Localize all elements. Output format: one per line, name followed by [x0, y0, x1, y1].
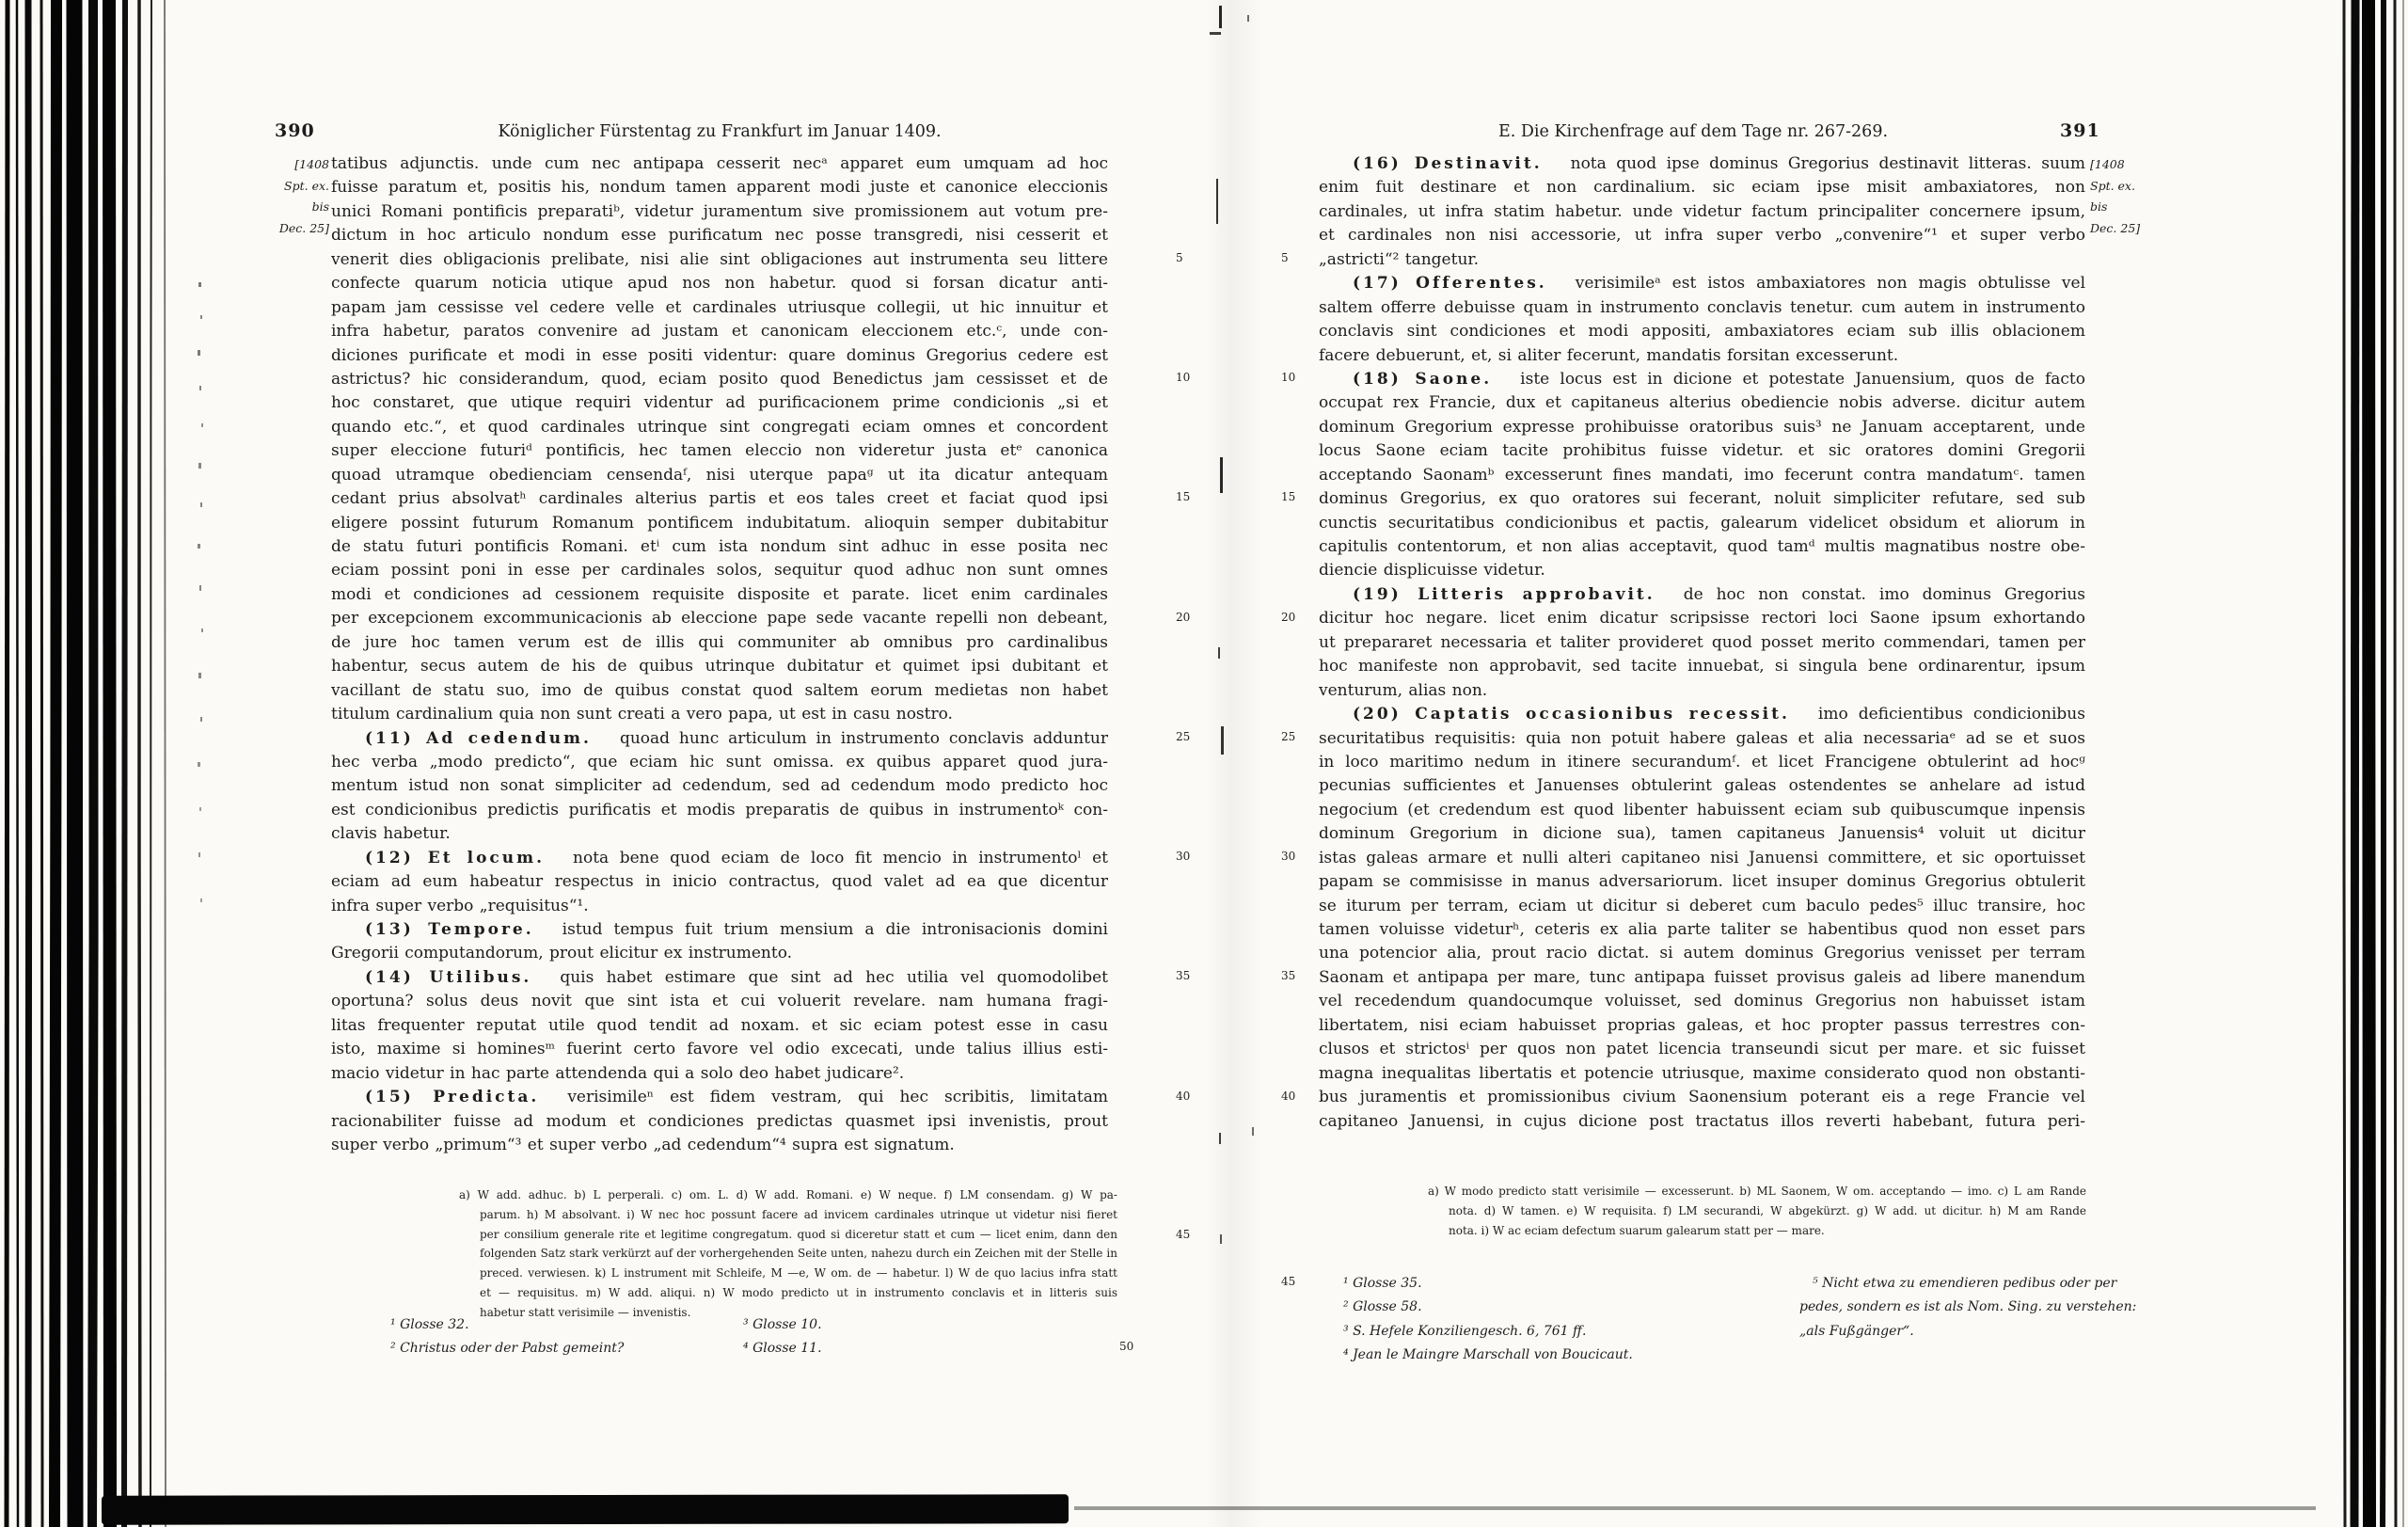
text-line: titulum cardinalium quia non sunt creati…: [331, 703, 1108, 726]
line-number: 10: [1281, 371, 1295, 384]
text-line: racionabiliter fuisse ad modum et condic…: [331, 1110, 1108, 1134]
paragraph-heading: (17) Offerentes.: [1353, 274, 1547, 293]
text-line: (14) Utilibus.quis habet estimare que si…: [331, 966, 1108, 990]
ink-speck: [200, 502, 202, 507]
ink-speck: [1220, 1234, 1222, 1244]
text-line: eciam ad eum habeatur respectus in inici…: [331, 870, 1108, 894]
line-text: Saonam et antipapa per mare, tunc antipa…: [1319, 968, 2085, 987]
line-text: verisimileᵃ est istos ambaxiatores non m…: [1576, 274, 2085, 293]
gloss-column: ⁵ Nicht etwa zu emendieren pedibus oder …: [1799, 1272, 2136, 1344]
text-line: magna inequalitas libertatis et potencie…: [1319, 1062, 2085, 1086]
text-line: saltem offerre debuisse quam in instrume…: [1319, 296, 2085, 320]
ink-speck: [200, 717, 202, 722]
line-text: acceptando Saonamᵇ excesserunt fines man…: [1319, 466, 2085, 485]
paragraph-heading: (16) Destinavit.: [1353, 154, 1543, 173]
text-line: dominum Gregorium in dicione sua), tamen…: [1319, 822, 2085, 846]
gloss-line: ⁵ Nicht etwa zu emendieren pedibus oder …: [1799, 1272, 2136, 1296]
text-line: de jure hoc tamen verum est de illis qui…: [331, 631, 1108, 655]
text-line: conclavis sint condiciones et modi appos…: [1319, 320, 2085, 343]
margin-note-line: Dec. 25]: [277, 218, 329, 240]
text-line: locus Saone eciam tacite prohibitus fuis…: [1319, 439, 2085, 463]
line-text: hec verba „modo predicto“, que eciam hic…: [331, 753, 1108, 771]
line-text: isto, maxime si hominesᵐ fuerint certo f…: [331, 1040, 1108, 1058]
text-line: Gregorii computandorum, prout elicitur e…: [331, 942, 1108, 965]
line-number: 40: [1176, 1090, 1190, 1103]
line-text: dominum Gregorium expresse prohibuisse o…: [1319, 418, 2085, 437]
line-number: 15: [1176, 490, 1190, 503]
margin-note-line: [1408: [277, 154, 329, 176]
line-text: bus juramentis et promissionibus civium …: [1319, 1088, 2085, 1106]
text-line: tamen voluisse videturʰ, ceteris ex alia…: [1319, 918, 2085, 942]
line-text: hoc manifeste non approbavit, sed tacite…: [1319, 657, 2085, 676]
ink-speck: [1218, 647, 1220, 659]
line-text: tamen voluisse videturʰ, ceteris ex alia…: [1319, 920, 2085, 939]
text-line: (13) Tempore.istud tempus fuit trium men…: [331, 918, 1108, 942]
line-number: 30: [1281, 850, 1295, 863]
line-text: vacillant de statu suo, imo de quibus co…: [331, 681, 1108, 700]
line-text: eciam ad eum habeatur respectus in inici…: [331, 872, 1108, 891]
text-line: quando etc.“, et quod cardinales utrinqu…: [331, 416, 1108, 439]
text-line: tatibus adjunctis. unde cum nec antipapa…: [331, 152, 1108, 176]
line-text: quis habet estimare que sint ad hec util…: [560, 968, 1108, 987]
footnote-line: parum. h) M absolvant. i) W nec hoc poss…: [459, 1205, 1117, 1225]
line-number: 20: [1176, 611, 1190, 624]
footnote-line: nota. d) W tamen. e) W requisita. f) LM …: [1428, 1201, 2086, 1221]
line-text: titulum cardinalium quia non sunt creati…: [331, 705, 953, 724]
text-line: enim fuit destinare et non cardinalium. …: [1319, 176, 2085, 199]
text-line: istas galeas armare et nulli alteri capi…: [1319, 847, 2085, 870]
text-line: papam jam cessisse vel cedere velle et c…: [331, 296, 1108, 320]
gloss-line: ³ Glosse 10.: [743, 1313, 822, 1337]
ink-speck: [198, 350, 200, 356]
footnote-line: a) W add. adhuc. b) L perperali. c) om. …: [459, 1185, 1117, 1205]
gloss-line: ² Glosse 58.: [1343, 1296, 1633, 1319]
paragraph-heading: (18) Saone.: [1353, 370, 1492, 389]
line-text: Gregorii computandorum, prout elicitur e…: [331, 944, 792, 962]
page-number-left: 390: [275, 120, 315, 141]
footnote-line: nota. i) W ac eciam defectum suarum gale…: [1428, 1221, 2086, 1241]
line-text: diciones purificate et modi in esse posi…: [331, 346, 1108, 365]
scan-gutter-shadow: [1206, 0, 1262, 1527]
line-text: libertatem, nisi eciam habuisset propria…: [1319, 1016, 2085, 1035]
paragraph-heading: (15) Predicta.: [365, 1088, 539, 1106]
text-line: confecte quarum noticia utique apud nos …: [331, 272, 1108, 295]
gloss-line: ¹ Glosse 32.: [390, 1313, 624, 1337]
scan-left-edge-artifact: [0, 0, 188, 1527]
line-number: 5: [1176, 251, 1183, 264]
text-line: est condicionibus predictis purificatis …: [331, 799, 1108, 822]
text-line: astrictus? hic considerandum, quod, ecia…: [331, 368, 1108, 391]
gloss-column: ¹ Glosse 35.² Glosse 58.³ S. Hefele Konz…: [1343, 1272, 1633, 1367]
line-text: capitaneo Januensi, in cujus dicione pos…: [1319, 1112, 2085, 1131]
text-line: (11) Ad cedendum.quoad hunc articulum in…: [331, 727, 1108, 751]
text-line: clavis habetur.: [331, 822, 1108, 846]
line-text: cedant prius absolvatʰ cardinales alteri…: [331, 489, 1108, 508]
text-line: modi et condiciones ad cessionem requisi…: [331, 583, 1108, 607]
footnotes-right: a) W modo predicto statt verisimile — ex…: [1428, 1182, 2086, 1240]
paragraph-heading: (19) Litteris approbavit.: [1353, 585, 1655, 604]
gloss-line: pedes, sondern es ist als Nom. Sing. zu …: [1799, 1296, 2136, 1319]
ink-speck: [201, 628, 203, 632]
line-number: 45: [1176, 1228, 1190, 1241]
paragraph-heading: (11) Ad cedendum.: [365, 729, 592, 748]
text-line: negocium (et credendum est quod libenter…: [1319, 799, 2085, 822]
text-line: in loco maritimo nedum in itinere secura…: [1319, 751, 2085, 774]
text-line: securitatibus requisitis: quia non potui…: [1319, 727, 2085, 751]
margin-note-line: Spt. ex.: [277, 176, 329, 198]
ink-speck: [201, 423, 203, 427]
line-text: quoad hunc articulum in instrumento conc…: [620, 729, 1108, 748]
text-line: super verbo „primum“³ et super verbo „ad…: [331, 1134, 1108, 1157]
line-text: unici Romani pontificis preparatiᵇ, vide…: [331, 202, 1108, 221]
text-line: litas frequenter reputat utile quod tend…: [331, 1014, 1108, 1038]
line-number: 30: [1176, 850, 1190, 863]
ink-speck: [1210, 32, 1221, 35]
line-text: habentur, secus autem de his de quibus u…: [331, 657, 1108, 676]
line-text: iste locus est in dicione et potestate J…: [1520, 370, 2085, 389]
line-text: hoc constaret, que utique requiri vident…: [331, 393, 1108, 412]
margin-note-line: Spt. ex.: [2090, 176, 2150, 198]
running-header-right: E. Die Kirchenfrage auf dem Tage nr. 267…: [1411, 122, 1975, 141]
text-line: oportuna? solus deus novit que sint ista…: [331, 990, 1108, 1013]
line-number: 40: [1281, 1090, 1295, 1103]
text-line: (18) Saone.iste locus est in dicione et …: [1319, 368, 2085, 391]
line-text: papam jam cessisse vel cedere velle et c…: [331, 298, 1108, 317]
text-line: diciones purificate et modi in esse posi…: [331, 344, 1108, 368]
line-text: mentum istud non sonat simpliciter ad ce…: [331, 776, 1108, 795]
line-text: infra super verbo „requisitus“¹.: [331, 897, 589, 915]
text-line: Saonam et antipapa per mare, tunc antipa…: [1319, 966, 2085, 990]
line-text: conclavis sint condiciones et modi appos…: [1319, 322, 2085, 341]
line-text: super eleccione futuriᵈ pontificis, hec …: [331, 441, 1108, 460]
margin-note-line: Dec. 25]: [2090, 218, 2150, 240]
margin-note-left: [1408Spt. ex.bisDec. 25]: [277, 154, 329, 239]
text-line: et cardinales non nisi accessorie, ut in…: [1319, 224, 2085, 247]
ink-speck: [1219, 6, 1222, 28]
line-number: 10: [1176, 371, 1190, 384]
line-number: 45: [1281, 1275, 1295, 1288]
paragraph-heading: (12) Et locum.: [365, 849, 545, 867]
paragraph-heading: (14) Utilibus.: [365, 968, 531, 987]
text-line: unici Romani pontificis preparatiᵇ, vide…: [331, 200, 1108, 224]
ink-speck: [198, 544, 200, 549]
line-text: cunctis securitatibus condicionibus et p…: [1319, 514, 2085, 533]
line-text: occupat rex Francie, dux et capitaneus a…: [1319, 393, 2085, 412]
line-text: negocium (et credendum est quod libenter…: [1319, 801, 2085, 819]
running-header-left: Königlicher Fürstentag zu Frankfurt im J…: [331, 122, 1108, 141]
text-line: quoad utramque obedienciam censendaᶠ, ni…: [331, 464, 1108, 487]
book-scan-spread: 390 Königlicher Fürstentag zu Frankfurt …: [0, 0, 2408, 1527]
text-line: cunctis securitatibus condicionibus et p…: [1319, 512, 2085, 535]
ink-speck: [200, 315, 202, 319]
text-line: de statu futuri pontificis Romani. etⁱ c…: [331, 535, 1108, 559]
ink-speck: [198, 852, 200, 857]
text-line: vel recedendum quandocumque voluisset, s…: [1319, 990, 2085, 1013]
line-number: 5: [1281, 251, 1289, 264]
text-line: cardinales, ut infra statim habetur. und…: [1319, 200, 2085, 224]
line-text: per excepcionem excommunicacionis ab ele…: [331, 609, 1108, 628]
text-line: venerit dies obligacionis prelibate, nis…: [331, 248, 1108, 272]
scan-right-edge-artifact: [2333, 0, 2408, 1527]
footnote-line: folgenden Satz stark verkürzt auf der vo…: [459, 1244, 1117, 1264]
line-number: 35: [1176, 969, 1190, 982]
text-line: facere debuerunt, et, si aliter fecerunt…: [1319, 344, 2085, 368]
footnote-line: preced. verwiesen. k) L instrument mit S…: [459, 1264, 1117, 1283]
line-text: eciam possint poni in esse per cardinale…: [331, 561, 1108, 580]
line-text: confecte quarum noticia utique apud nos …: [331, 274, 1108, 293]
text-line: hoc manifeste non approbavit, sed tacite…: [1319, 655, 2085, 678]
text-line: eciam possint poni in esse per cardinale…: [331, 559, 1108, 582]
line-text: enim fuit destinare et non cardinalium. …: [1319, 178, 2085, 197]
text-line: capitaneo Januensi, in cujus dicione pos…: [1319, 1110, 2085, 1134]
line-text: „astricti“² tangetur.: [1319, 250, 1479, 269]
text-line: ut prepararet necessaria et taliter prov…: [1319, 631, 2085, 655]
text-line: capitulis contentorum, et non alias acce…: [1319, 535, 2085, 559]
ink-speck: [199, 807, 201, 811]
line-text: modi et condiciones ad cessionem requisi…: [331, 585, 1108, 604]
ink-speck: [1221, 726, 1224, 755]
margin-note-line: bis: [277, 197, 329, 218]
text-line: macio videtur in hac parte attendenda qu…: [331, 1062, 1108, 1086]
gloss-column: ³ Glosse 10.⁴ Glosse 11.: [743, 1313, 822, 1361]
line-text: quando etc.“, et quod cardinales utrinqu…: [331, 418, 1108, 437]
line-text: est condicionibus predictis purificatis …: [331, 801, 1108, 819]
ink-speck: [200, 899, 202, 902]
line-number: 20: [1281, 611, 1295, 624]
gloss-line: ² Christus oder der Pabst gemeint?: [390, 1337, 624, 1360]
text-line: isto, maxime si hominesᵐ fuerint certo f…: [331, 1038, 1108, 1061]
text-line: super eleccione futuriᵈ pontificis, hec …: [331, 439, 1108, 463]
ink-speck: [199, 386, 201, 390]
text-line: dicitur hoc negare. licet enim dicatur s…: [1319, 607, 2085, 630]
line-text: macio videtur in hac parte attendenda qu…: [331, 1064, 904, 1083]
line-number: 25: [1281, 730, 1295, 743]
line-text: capitulis contentorum, et non alias acce…: [1319, 537, 2085, 556]
text-line: cedant prius absolvatʰ cardinales alteri…: [331, 487, 1108, 511]
text-line: eligere possint futurum Romanum pontific…: [331, 512, 1108, 535]
line-number: 25: [1176, 730, 1190, 743]
line-text: fuisse paratum et, positis his, nondum t…: [331, 178, 1108, 197]
line-text: locus Saone eciam tacite prohibitus fuis…: [1319, 441, 2085, 460]
text-line: dominum Gregorium expresse prohibuisse o…: [1319, 416, 2085, 439]
paragraph-heading: (13) Tempore.: [365, 920, 534, 939]
text-line: hec verba „modo predicto“, que eciam hic…: [331, 751, 1108, 774]
text-line: „astricti“² tangetur.: [1319, 248, 2085, 272]
text-line: pecunias sufficientes et Januenses obtul…: [1319, 774, 2085, 798]
ink-speck: [198, 282, 201, 287]
text-line: per excepcionem excommunicacionis ab ele…: [331, 607, 1108, 630]
text-line: (19) Litteris approbavit.de hoc non cons…: [1319, 583, 2085, 607]
page-body-right: (16) Destinavit.nota quod ipse dominus G…: [1319, 152, 2085, 1134]
page-number-right: 391: [2060, 120, 2100, 141]
text-line: libertatem, nisi eciam habuisset propria…: [1319, 1014, 2085, 1038]
line-number: 35: [1281, 969, 1295, 982]
line-text: de hoc non constat. imo dominus Gregoriu…: [1684, 585, 2085, 604]
line-text: dicitur hoc negare. licet enim dicatur s…: [1319, 609, 2085, 628]
line-text: quoad utramque obedienciam censendaᶠ, ni…: [331, 466, 1108, 485]
line-text: de jure hoc tamen verum est de illis qui…: [331, 633, 1108, 652]
line-text: una potencior alia, prout racio dictat. …: [1319, 944, 2085, 962]
text-line: (15) Predicta.verisimileⁿ est fidem vest…: [331, 1086, 1108, 1109]
line-number: 15: [1281, 490, 1295, 503]
line-text: istas galeas armare et nulli alteri capi…: [1319, 849, 2085, 867]
footnotes-left: a) W add. adhuc. b) L perperali. c) om. …: [459, 1185, 1117, 1323]
line-text: oportuna? solus deus novit que sint ista…: [331, 992, 1108, 1010]
line-text: in loco maritimo nedum in itinere secura…: [1319, 753, 2085, 771]
line-text: racionabiliter fuisse ad modum et condic…: [331, 1112, 1108, 1131]
gloss-line: ¹ Glosse 35.: [1343, 1272, 1633, 1296]
ink-speck: [198, 762, 200, 767]
paragraph-heading: (20) Captatis occasionibus recessit.: [1353, 705, 1790, 724]
text-line: habentur, secus autem de his de quibus u…: [331, 655, 1108, 678]
line-text: ut prepararet necessaria et taliter prov…: [1319, 633, 2085, 652]
line-text: magna inequalitas libertatis et potencie…: [1319, 1064, 2085, 1083]
line-text: litas frequenter reputat utile quod tend…: [331, 1016, 1108, 1035]
gloss-line: ⁴ Glosse 11.: [743, 1337, 822, 1360]
margin-note-line: [1408: [2090, 154, 2150, 176]
scan-bottom-bar-artifact: [102, 1494, 1069, 1524]
line-text: venturum, alias non.: [1319, 681, 1487, 700]
text-line: se iturum per terram, eciam ut dicitur s…: [1319, 895, 2085, 918]
ink-speck: [1216, 179, 1218, 224]
text-line: una potencior alia, prout racio dictat. …: [1319, 942, 2085, 965]
text-line: diencie displicuisse videtur.: [1319, 559, 2085, 582]
line-text: venerit dies obligacionis prelibate, nis…: [331, 250, 1108, 269]
ink-speck: [199, 585, 201, 591]
ink-speck: [1247, 15, 1249, 22]
page-body-left: tatibus adjunctis. unde cum nec antipapa…: [331, 152, 1108, 1157]
gloss-column: ¹ Glosse 32.² Christus oder der Pabst ge…: [390, 1313, 624, 1361]
line-text: de statu futuri pontificis Romani. etⁱ c…: [331, 537, 1108, 556]
line-text: super verbo „primum“³ et super verbo „ad…: [331, 1136, 955, 1154]
line-text: et cardinales non nisi accessorie, ut in…: [1319, 226, 2085, 245]
text-line: (16) Destinavit.nota quod ipse dominus G…: [1319, 152, 2085, 176]
line-text: eligere possint futurum Romanum pontific…: [331, 514, 1108, 533]
ink-speck: [1219, 1133, 1221, 1144]
text-line: dominus Gregorius, ex quo oratores sui f…: [1319, 487, 2085, 511]
line-text: dictum in hoc articulo nondum esse purif…: [331, 226, 1108, 245]
text-line: mentum istud non sonat simpliciter ad ce…: [331, 774, 1108, 798]
line-text: pecunias sufficientes et Januenses obtul…: [1319, 776, 2085, 795]
line-text: dominum Gregorium in dicione sua), tamen…: [1319, 824, 2085, 843]
footnote-line: a) W modo predicto statt verisimile — ex…: [1428, 1182, 2086, 1201]
margin-note-line: bis: [2090, 197, 2150, 218]
ink-speck: [1220, 457, 1223, 493]
margin-note-right: [1408Spt. ex.bisDec. 25]: [2090, 154, 2150, 239]
text-line: acceptando Saonamᵇ excesserunt fines man…: [1319, 464, 2085, 487]
ink-speck: [1252, 1127, 1254, 1136]
text-line: infra habetur, paratos convenire ad just…: [331, 320, 1108, 343]
footnote-line: per consilium generale rite et legitime …: [459, 1225, 1117, 1245]
ink-speck: [198, 673, 201, 678]
text-line: clusos et strictosⁱ per quos non patet l…: [1319, 1038, 2085, 1061]
line-text: tatibus adjunctis. unde cum nec antipapa…: [331, 154, 1108, 173]
footnote-line: et — requisitus. m) W add. aliqui. n) W …: [459, 1283, 1117, 1303]
line-text: dominus Gregorius, ex quo oratores sui f…: [1319, 489, 2085, 508]
line-text: saltem offerre debuisse quam in instrume…: [1319, 298, 2085, 317]
line-text: facere debuerunt, et, si aliter fecerunt…: [1319, 346, 1898, 365]
gloss-line: ³ S. Hefele Konziliengesch. 6, 761 ff.: [1343, 1320, 1633, 1344]
line-text: cardinales, ut infra statim habetur. und…: [1319, 202, 2085, 221]
line-text: nota bene quod eciam de loco fit mencio …: [573, 849, 1108, 867]
text-line: infra super verbo „requisitus“¹.: [331, 895, 1108, 918]
line-number: 50: [1119, 1340, 1133, 1353]
text-line: fuisse paratum et, positis his, nondum t…: [331, 176, 1108, 199]
text-line: vacillant de statu suo, imo de quibus co…: [331, 679, 1108, 703]
line-text: securitatibus requisitis: quia non potui…: [1319, 729, 2085, 748]
text-line: (17) Offerentes.verisimileᵃ est istos am…: [1319, 272, 2085, 295]
text-line: dictum in hoc articulo nondum esse purif…: [331, 224, 1108, 247]
line-text: diencie displicuisse videtur.: [1319, 561, 1545, 580]
gloss-line: „als Fußgänger“.: [1799, 1320, 2136, 1344]
text-line: hoc constaret, que utique requiri vident…: [331, 391, 1108, 415]
line-text: vel recedendum quandocumque voluisset, s…: [1319, 992, 2085, 1010]
text-line: papam se commisisse in manus adversarior…: [1319, 870, 2085, 894]
line-text: istud tempus fuit trium mensium a die in…: [562, 920, 1108, 939]
line-text: papam se commisisse in manus adversarior…: [1319, 872, 2085, 891]
line-text: infra habetur, paratos convenire ad just…: [331, 322, 1108, 341]
text-line: (12) Et locum.nota bene quod eciam de lo…: [331, 847, 1108, 870]
text-line: (20) Captatis occasionibus recessit.imo …: [1319, 703, 2085, 726]
line-text: astrictus? hic considerandum, quod, ecia…: [331, 370, 1108, 389]
text-line: venturum, alias non.: [1319, 679, 2085, 703]
line-text: clavis habetur.: [331, 824, 451, 843]
gloss-line: ⁴ Jean le Maingre Marschall von Boucicau…: [1343, 1344, 1633, 1367]
line-text: verisimileⁿ est fidem vestram, qui hec s…: [567, 1088, 1108, 1106]
line-text: se iturum per terram, eciam ut dicitur s…: [1319, 897, 2085, 915]
ink-speck: [198, 463, 201, 469]
text-line: occupat rex Francie, dux et capitaneus a…: [1319, 391, 2085, 415]
line-text: nota quod ipse dominus Gregorius destina…: [1571, 154, 2085, 173]
text-line: bus juramentis et promissionibus civium …: [1319, 1086, 2085, 1109]
line-text: clusos et strictosⁱ per quos non patet l…: [1319, 1040, 2085, 1058]
